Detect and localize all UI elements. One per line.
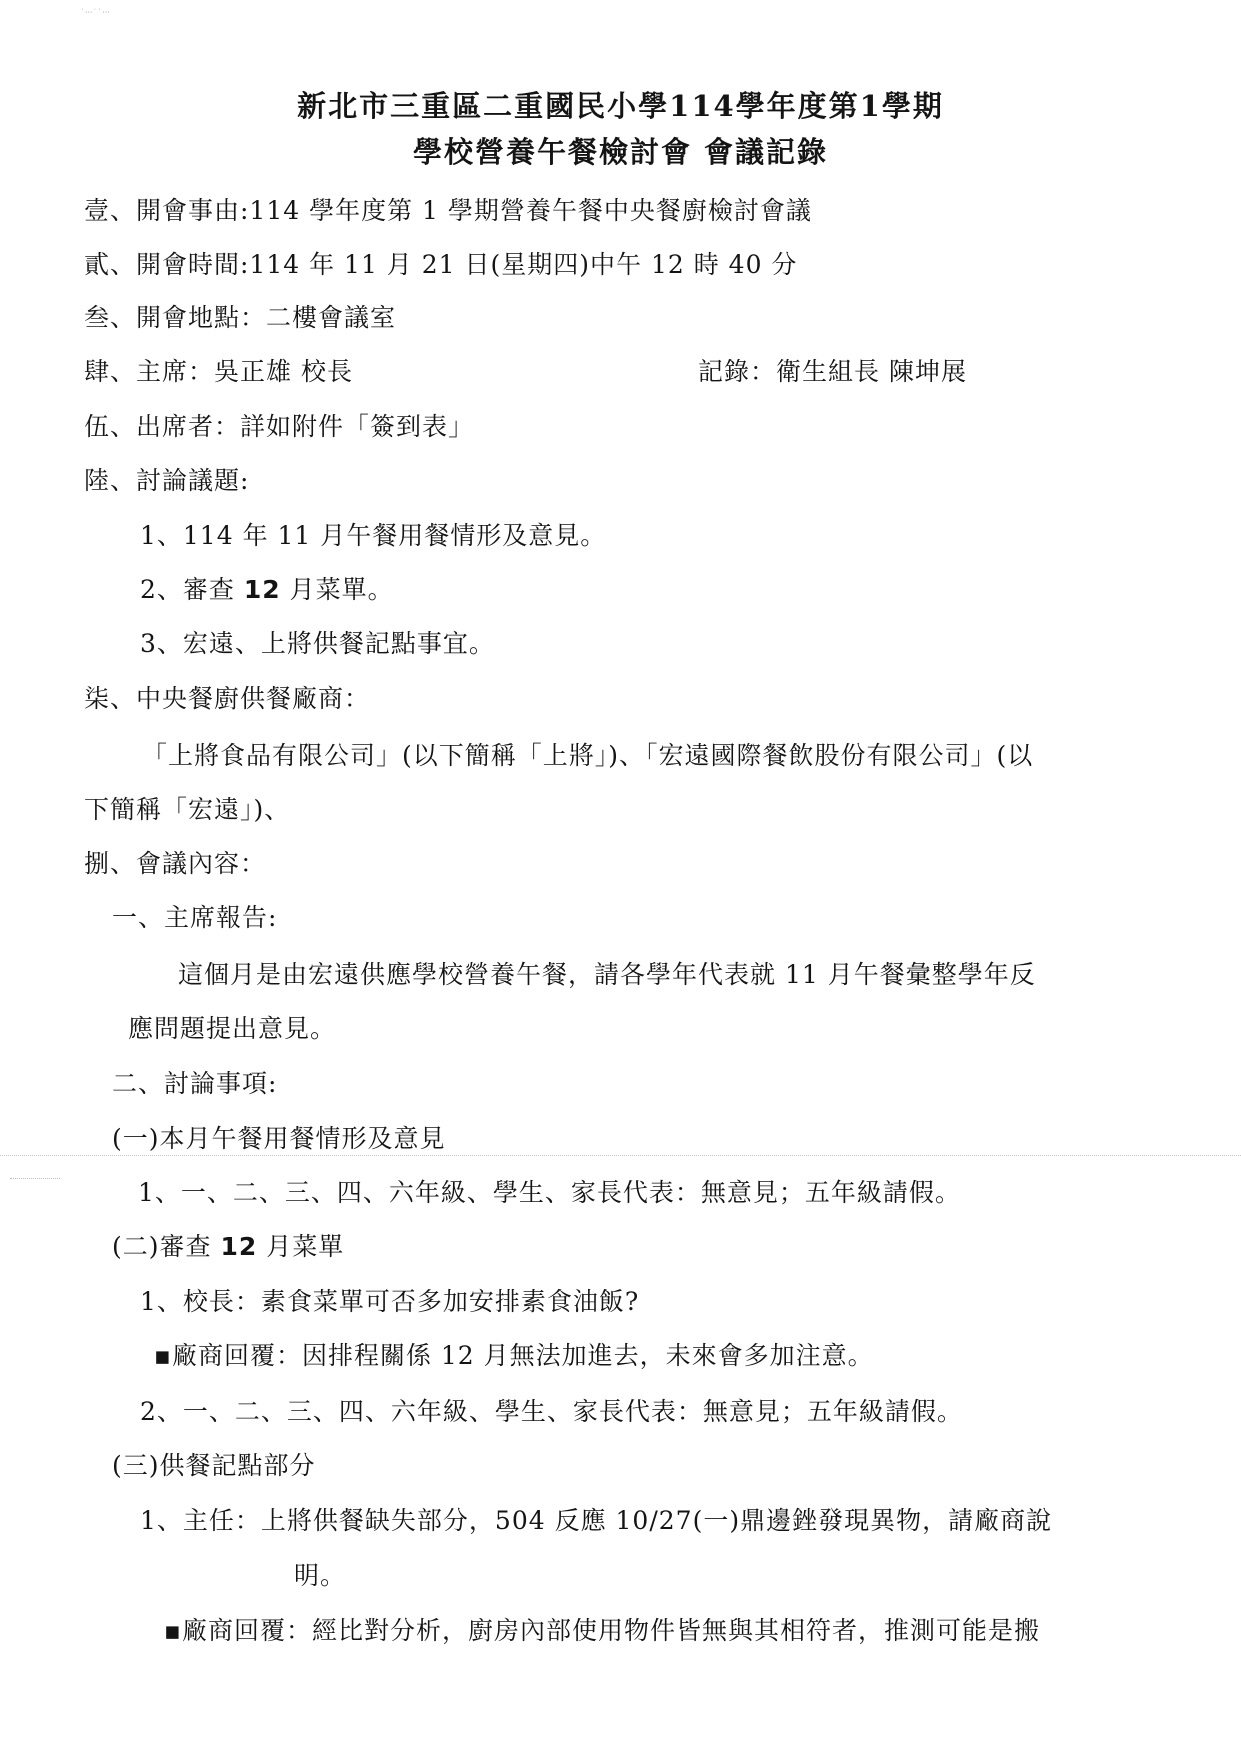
meeting-chair: 肆、主席：吳正雄 校長 xyxy=(84,357,353,387)
meeting-time: 貳、開會時間:114 年 11 月 21 日(星期四)中午 12 時 40 分 xyxy=(84,250,797,280)
agenda-item-2-suffix: 月菜單。 xyxy=(281,575,394,604)
meeting-recorder: 記錄：衛生組長 陳坤展 xyxy=(698,357,967,387)
sub2-heading: (二)審查 12 月菜單 xyxy=(112,1232,344,1262)
document-page: ˙‧‧‧˙˙‧‧‧ 新北市三重區二重國民小學114學年度第1學期 學校營養午餐檢… xyxy=(0,0,1241,1755)
chair-report-heading: 一、主席報告: xyxy=(112,903,277,933)
sub3-heading: (三)供餐記點部分 xyxy=(112,1451,316,1481)
sub3-item-1-reply: ▪廠商回覆：經比對分析，廚房內部使用物件皆無與其相符者，推測可能是搬 xyxy=(164,1616,1040,1646)
meeting-reason: 壹、開會事由:114 學年度第 1 學期營養午餐中央餐廚檢討會議 xyxy=(84,196,812,226)
vendors-heading: 柒、中央餐廚供餐廠商： xyxy=(84,684,370,714)
scan-noise-dots xyxy=(0,1155,1241,1157)
meeting-place: 叁、開會地點：二樓會議室 xyxy=(84,303,396,333)
content-heading: 捌、會議內容： xyxy=(84,849,266,879)
sub1-heading: (一)本月午餐用餐情形及意見 xyxy=(112,1124,446,1154)
meeting-attendees: 伍、出席者：詳如附件「簽到表」 xyxy=(84,412,474,442)
sub2-heading-suffix: 月菜單 xyxy=(257,1232,344,1261)
agenda-heading: 陸、討論議題: xyxy=(84,466,249,496)
sub2-item-1-reply: ▪廠商回覆：因排程關係 12 月無法加進去，未來會多加注意。 xyxy=(154,1341,874,1371)
agenda-item-2-month: 12 xyxy=(244,575,281,604)
scan-noise-dots-left xyxy=(10,1178,60,1180)
chair-report-line-1: 這個月是由宏遠供應學校營養午餐，請各學年代表就 11 月午餐彙整學年反 xyxy=(178,960,1036,990)
sub3-item-1-line-1: 1、主任：上將供餐缺失部分，504 反應 10/27(一)鼎邊銼發現異物，請廠商… xyxy=(140,1506,1052,1536)
sub2-item-2: 2、一、二、三、四、六年級、學生、家長代表：無意見；五年級請假。 xyxy=(140,1397,963,1427)
chair-report-line-2: 應問題提出意見。 xyxy=(128,1014,336,1044)
agenda-item-2: 2、審查 12 月菜單。 xyxy=(140,575,394,605)
agenda-item-2-prefix: 2、審查 xyxy=(140,575,244,604)
sub2-heading-prefix: (二)審查 xyxy=(112,1232,220,1261)
sub3-item-1-line-2: 明。 xyxy=(294,1561,346,1591)
sub1-item-1: 1、一、二、三、四、六年級、學生、家長代表：無意見；五年級請假。 xyxy=(138,1178,961,1208)
vendors-line-2: 下簡稱「宏遠」)、 xyxy=(84,795,290,825)
agenda-item-1: 1、114 年 11 月午餐用餐情形及意見。 xyxy=(140,521,606,551)
sub2-heading-month: 12 xyxy=(220,1232,257,1261)
scan-mark: ˙‧‧‧˙˙‧‧‧ xyxy=(80,8,110,17)
document-title-line1: 新北市三重區二重國民小學114學年度第1學期 xyxy=(0,88,1241,124)
vendors-line-1: 「上將食品有限公司」(以下簡稱「上將」)、「宏遠國際餐飲股份有限公司」(以 xyxy=(142,741,1033,771)
document-title-line2: 學校營養午餐檢討會 會議記錄 xyxy=(0,134,1241,170)
discussion-heading: 二、討論事項: xyxy=(112,1069,277,1099)
agenda-item-3: 3、宏遠、上將供餐記點事宜。 xyxy=(140,629,495,659)
sub2-item-1: 1、校長：素食菜單可否多加安排素食油飯? xyxy=(140,1287,639,1317)
